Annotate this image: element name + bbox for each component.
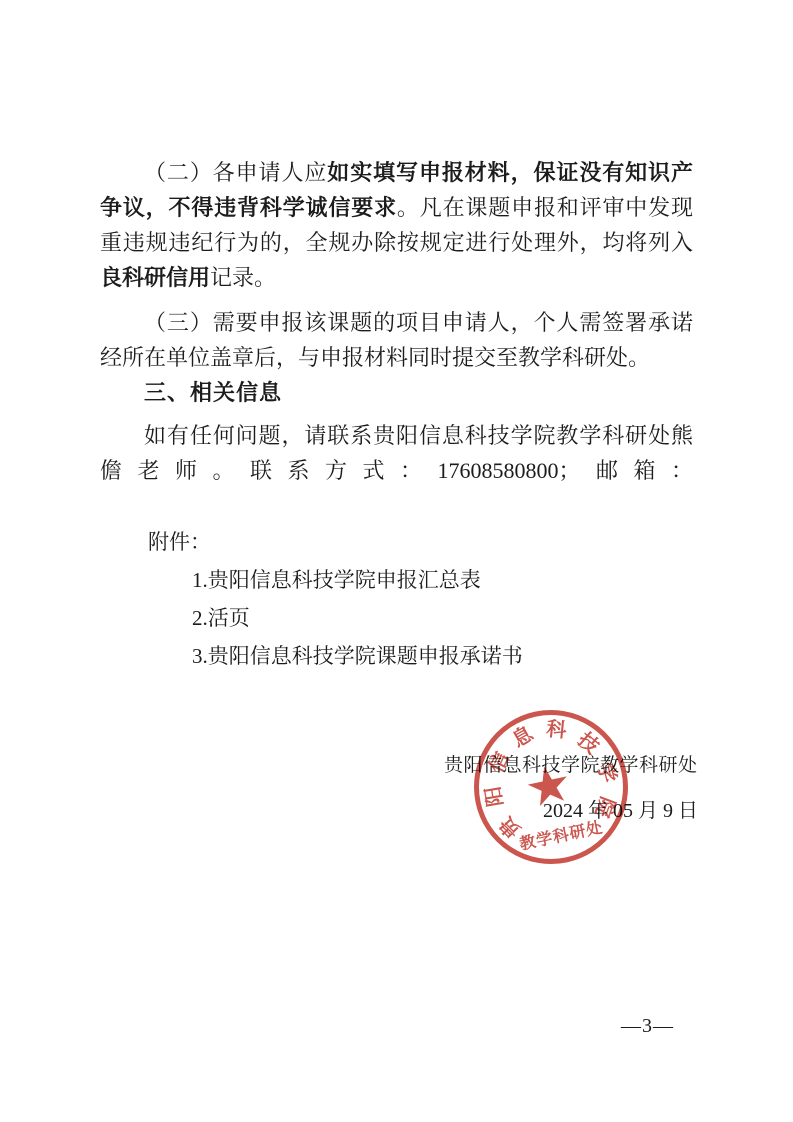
attachments-section: 附件： 1.贵阳信息科技学院申报汇总表 2.活页 3.贵阳信息科技学院课题申报承… — [100, 523, 660, 675]
paragraph-2-line-3: 重违规违纪行为的，全规办除按规定进行处理外，均将列入不 — [100, 225, 693, 260]
paragraph-2-line-4: 良科研信用记录。 — [100, 260, 693, 295]
attachment-item-1: 1.贵阳信息科技学院申报汇总表 — [100, 561, 660, 599]
paragraph-3-line-1: （三）需要申报该课题的项目申请人，个人需签署承诺书， — [100, 305, 693, 340]
text-segment: 经所在单位盖章后，与申报材料同时提交至教学科研处。 — [100, 345, 650, 370]
text-segment: 如有任何问题，请联系贵阳信息科技学院教学科研处熊乃 — [100, 423, 693, 453]
text-segment: 儋老师。联系方式：17608580800；邮箱： — [100, 458, 693, 483]
paragraph-4-line-2: 儋老师。联系方式：17608580800；邮箱：giist_keyan@163.… — [100, 453, 693, 488]
attachment-item-2: 2.活页 — [100, 599, 660, 637]
official-seal: ★ 贵 阳 信 息 科 技 学 院 教学科研处 — [460, 696, 643, 879]
text-segment: 记录。 — [210, 265, 276, 290]
text-segment: （二）各申请人应 — [144, 160, 327, 185]
seal-arc-char: 科 — [542, 716, 570, 744]
paragraph-2-line-2: 争议，不得违背科学诚信要求。凡在课题申报和评审中发现严 — [100, 190, 693, 225]
bold-text-segment: 争议，不得违背科学诚信要求 — [100, 195, 397, 220]
section-heading: 三、相关信息 — [100, 375, 693, 410]
paragraph-2-line-1: （二）各申请人应如实填写申报材料，保证没有知识产权 — [100, 155, 693, 190]
seal-arc-char: 阳 — [480, 781, 510, 811]
attachments-label: 附件： — [100, 523, 660, 561]
attachment-item-3: 3.贵阳信息科技学院课题申报承诺书 — [100, 637, 660, 675]
paragraph-3-line-2: 经所在单位盖章后，与申报材料同时提交至教学科研处。 — [100, 340, 693, 375]
page-number: —3— — [621, 1015, 674, 1038]
text-segment: （三）需要申报该课题的项目申请人，个人需签署承诺书， — [100, 310, 693, 340]
bold-text-segment: 良科研信用 — [100, 265, 210, 290]
document-page: （二）各申请人应如实填写申报材料，保证没有知识产权 争议，不得违背科学诚信要求。… — [0, 0, 793, 1122]
body-text: （二）各申请人应如实填写申报材料，保证没有知识产权 争议，不得违背科学诚信要求。… — [100, 155, 693, 488]
paragraph-4-line-1: 如有任何问题，请联系贵阳信息科技学院教学科研处熊乃 — [100, 418, 693, 453]
text-segment: 重违规违纪行为的，全规办除按规定进行处理外，均将列入 — [100, 230, 693, 255]
heading-text: 三、相关信息 — [144, 380, 282, 405]
